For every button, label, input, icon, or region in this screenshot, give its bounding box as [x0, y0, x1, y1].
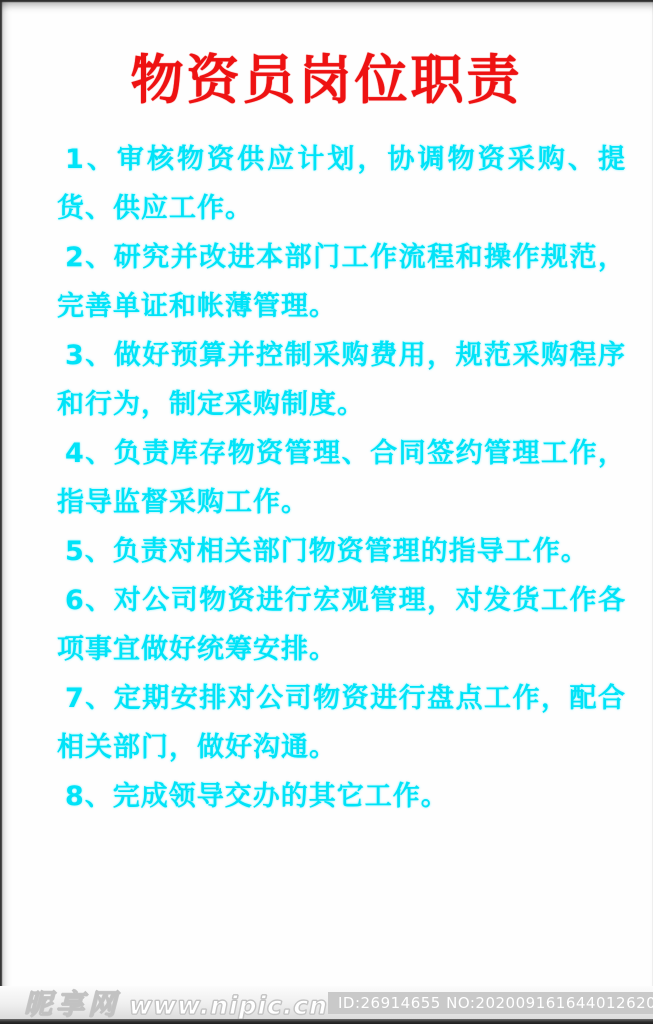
nipic-site-url: www.nipic.cn — [129, 991, 328, 1020]
image-id-badge: ID:26914655 NO:20200916164401262000 — [328, 992, 653, 1014]
duty-item-5: 5、负责对相关部门物资管理的指导工作。 — [57, 527, 626, 576]
page-title: 物资员岗位职责 — [0, 50, 653, 112]
job-duty-poster: 物资员岗位职责 1、审核物资供应计划，协调物资采购、提货、供应工作。 2、研究并… — [0, 0, 653, 1024]
duty-item-1: 1、审核物资供应计划，协调物资采购、提货、供应工作。 — [57, 135, 626, 233]
duty-item-8: 8、完成领导交办的其它工作。 — [57, 772, 626, 821]
duty-item-3: 3、做好预算并控制采购费用，规范采购程序和行为，制定采购制度。 — [57, 331, 626, 429]
watermark-bar: 昵享网 www.nipic.cn ID:26914655 NO:20200916… — [0, 986, 653, 1019]
duty-list: 1、审核物资供应计划，协调物资采购、提货、供应工作。 2、研究并改进本部门工作流… — [57, 135, 626, 821]
duty-item-4: 4、负责库存物资管理、合同签约管理工作，指导监督采购工作。 — [57, 429, 626, 527]
duty-item-6: 6、对公司物资进行宏观管理，对发货工作各项事宜做好统筹安排。 — [57, 576, 626, 674]
duty-item-7: 7、定期安排对公司物资进行盘点工作，配合相关部门，做好沟通。 — [57, 674, 626, 772]
bottom-border-bar — [0, 1019, 653, 1024]
nipic-logo-text: 昵享网 — [24, 983, 120, 1023]
duty-item-2: 2、研究并改进本部门工作流程和操作规范，完善单证和帐薄管理。 — [57, 233, 626, 331]
nipic-logo: 昵享网 www.nipic.cn — [24, 983, 328, 1023]
